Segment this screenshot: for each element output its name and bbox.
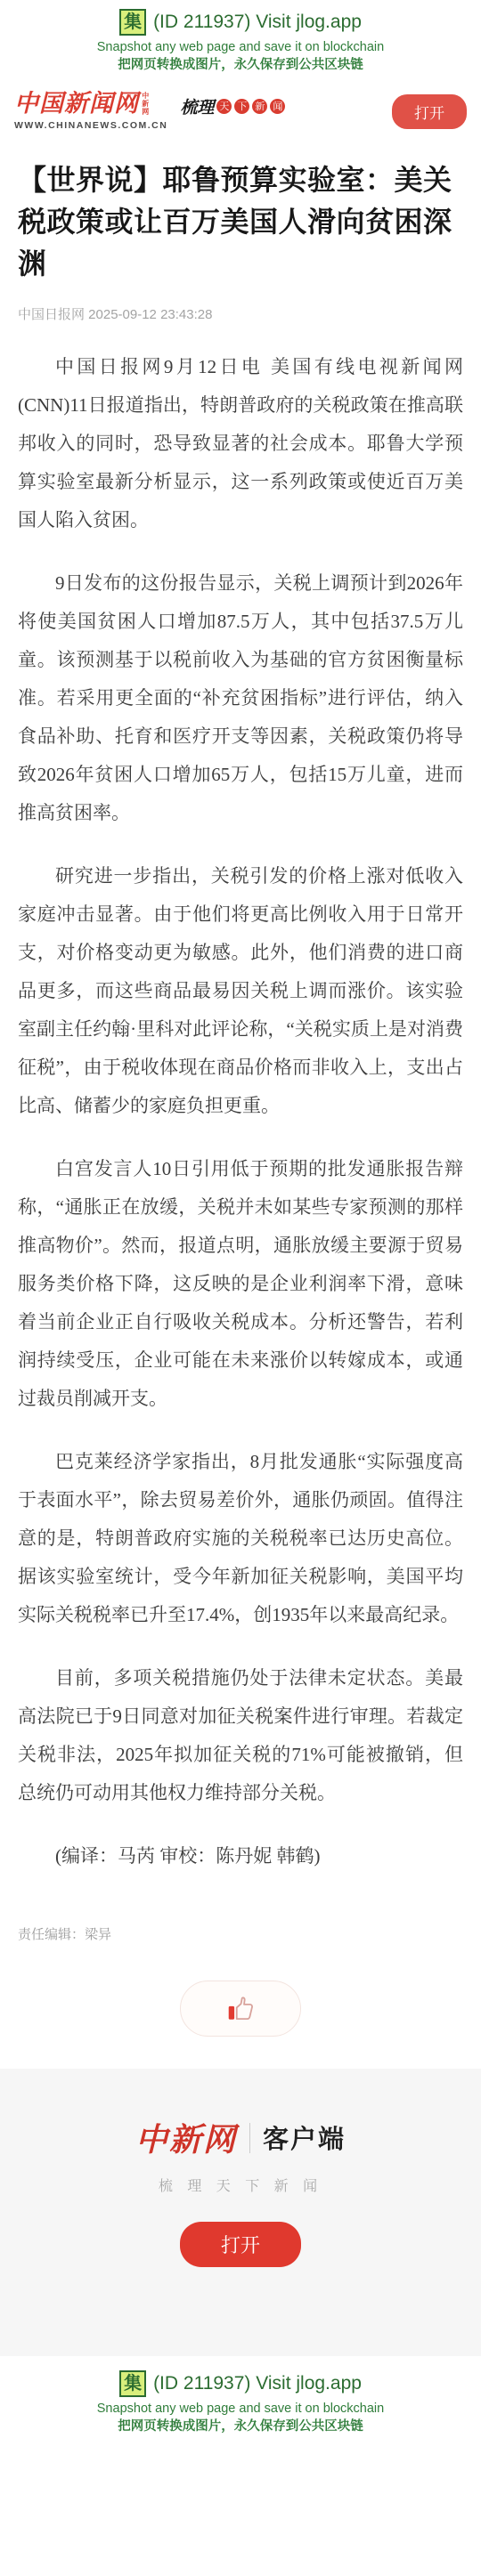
slogan-circle-badge: 天: [216, 99, 232, 114]
like-button[interactable]: [180, 1981, 301, 2037]
slogan-prefix-text: 梳理: [180, 94, 214, 118]
article-paragraph: 中国日报网9月12日电 美国有线电视新闻网(CNN)11日报道指出，特朗普政府的…: [18, 348, 463, 539]
article-paragraph: 巴克莱经济学家指出，8月批发通胀“实际强度高于表面水平”，除去贸易差价外，通胀仍…: [18, 1443, 463, 1634]
banner-subtitle-cn: 把网页转换成图片，永久保存到公共区块链: [0, 2418, 481, 2435]
blockchain-banner-bottom: 集 (ID 211937) Visit jlog.app Snapshot an…: [0, 2356, 481, 2442]
article-paragraph: 白宫发言人10日引用低于预期的批发通胀报告辩称，“通胀正在放缓，关税并未如某些专…: [18, 1150, 463, 1418]
jlog-logo-icon: 集: [119, 9, 146, 36]
open-app-button-footer[interactable]: 打开: [180, 2222, 301, 2267]
article-source-datetime: 中国日报网 2025-09-12 23:43:28: [18, 304, 463, 323]
banner-subtitle-en: Snapshot any web page and save it on blo…: [0, 2400, 481, 2418]
article-paragraph: 9日发布的这份报告显示，关税上调预计到2026年将使美国贫困人口增加87.5万人…: [18, 564, 463, 832]
article-paragraph: 研究进一步指出，关税引发的价格上涨对低收入家庭冲击显著。由于他们将更高比例收入用…: [18, 857, 463, 1125]
jlog-banner-link[interactable]: (ID 211937) Visit jlog.app: [153, 2373, 362, 2394]
responsible-editor: 责任编辑：梁异: [18, 1924, 463, 1943]
chinanews-logo-side-text: 中新网: [141, 92, 149, 116]
article-body: 中国日报网9月12日电 美国有线电视新闻网(CNN)11日报道指出，特朗普政府的…: [18, 348, 463, 1875]
chinanews-logo[interactable]: 中国新闻网 中新网 WWW.CHINANEWS.COM.CN: [14, 92, 167, 131]
article-title: 【世界说】耶鲁预算实验室：美关税政策或让百万美国人滑向贫困深渊: [18, 159, 463, 285]
blockchain-banner-top: 集 (ID 211937) Visit jlog.app Snapshot an…: [0, 0, 481, 81]
chinanews-url: WWW.CHINANEWS.COM.CN: [14, 120, 167, 131]
footer-slogan: 梳 理 天 下 新 闻: [0, 2175, 481, 2195]
footer-chinanews-logo-text: 中新网: [135, 2115, 237, 2160]
chinanews-logo-text: 中国新闻网: [14, 92, 139, 116]
banner-subtitle-cn: 把网页转换成图片，永久保存到公共区块链: [0, 56, 481, 74]
article: 【世界说】耶鲁预算实验室：美关税政策或让百万美国人滑向贫困深渊 中国日报网 20…: [0, 143, 481, 1943]
footer-client-label: 客户端: [263, 2119, 346, 2156]
like-section: [0, 1981, 481, 2037]
slogan-circle-badge: 新: [252, 99, 267, 114]
banner-subtitle-en: Snapshot any web page and save it on blo…: [0, 38, 481, 56]
article-paragraph: 目前，多项关税措施仍处于法律未定状态。美最高法院已于9日同意对加征关税案件进行审…: [18, 1659, 463, 1812]
jlog-logo-icon: 集: [119, 2370, 146, 2397]
app-promo-card: 中新网 客户端 梳 理 天 下 新 闻 打开: [0, 2069, 481, 2356]
header-slogan: 梳理 天 下 新 闻: [180, 94, 285, 118]
slogan-circle-badge: 闻: [270, 99, 285, 114]
article-paragraph: (编译：马芮 审校：陈丹妮 韩鹤): [18, 1837, 463, 1875]
jlog-banner-link[interactable]: (ID 211937) Visit jlog.app: [153, 12, 362, 33]
thumbs-up-icon: [225, 1994, 256, 2024]
site-header: 中国新闻网 中新网 WWW.CHINANEWS.COM.CN 梳理 天 下 新 …: [0, 81, 481, 143]
footer-logo-divider: [249, 2123, 250, 2153]
open-app-button-header[interactable]: 打开: [392, 94, 467, 129]
slogan-circle-badge: 下: [234, 99, 249, 114]
